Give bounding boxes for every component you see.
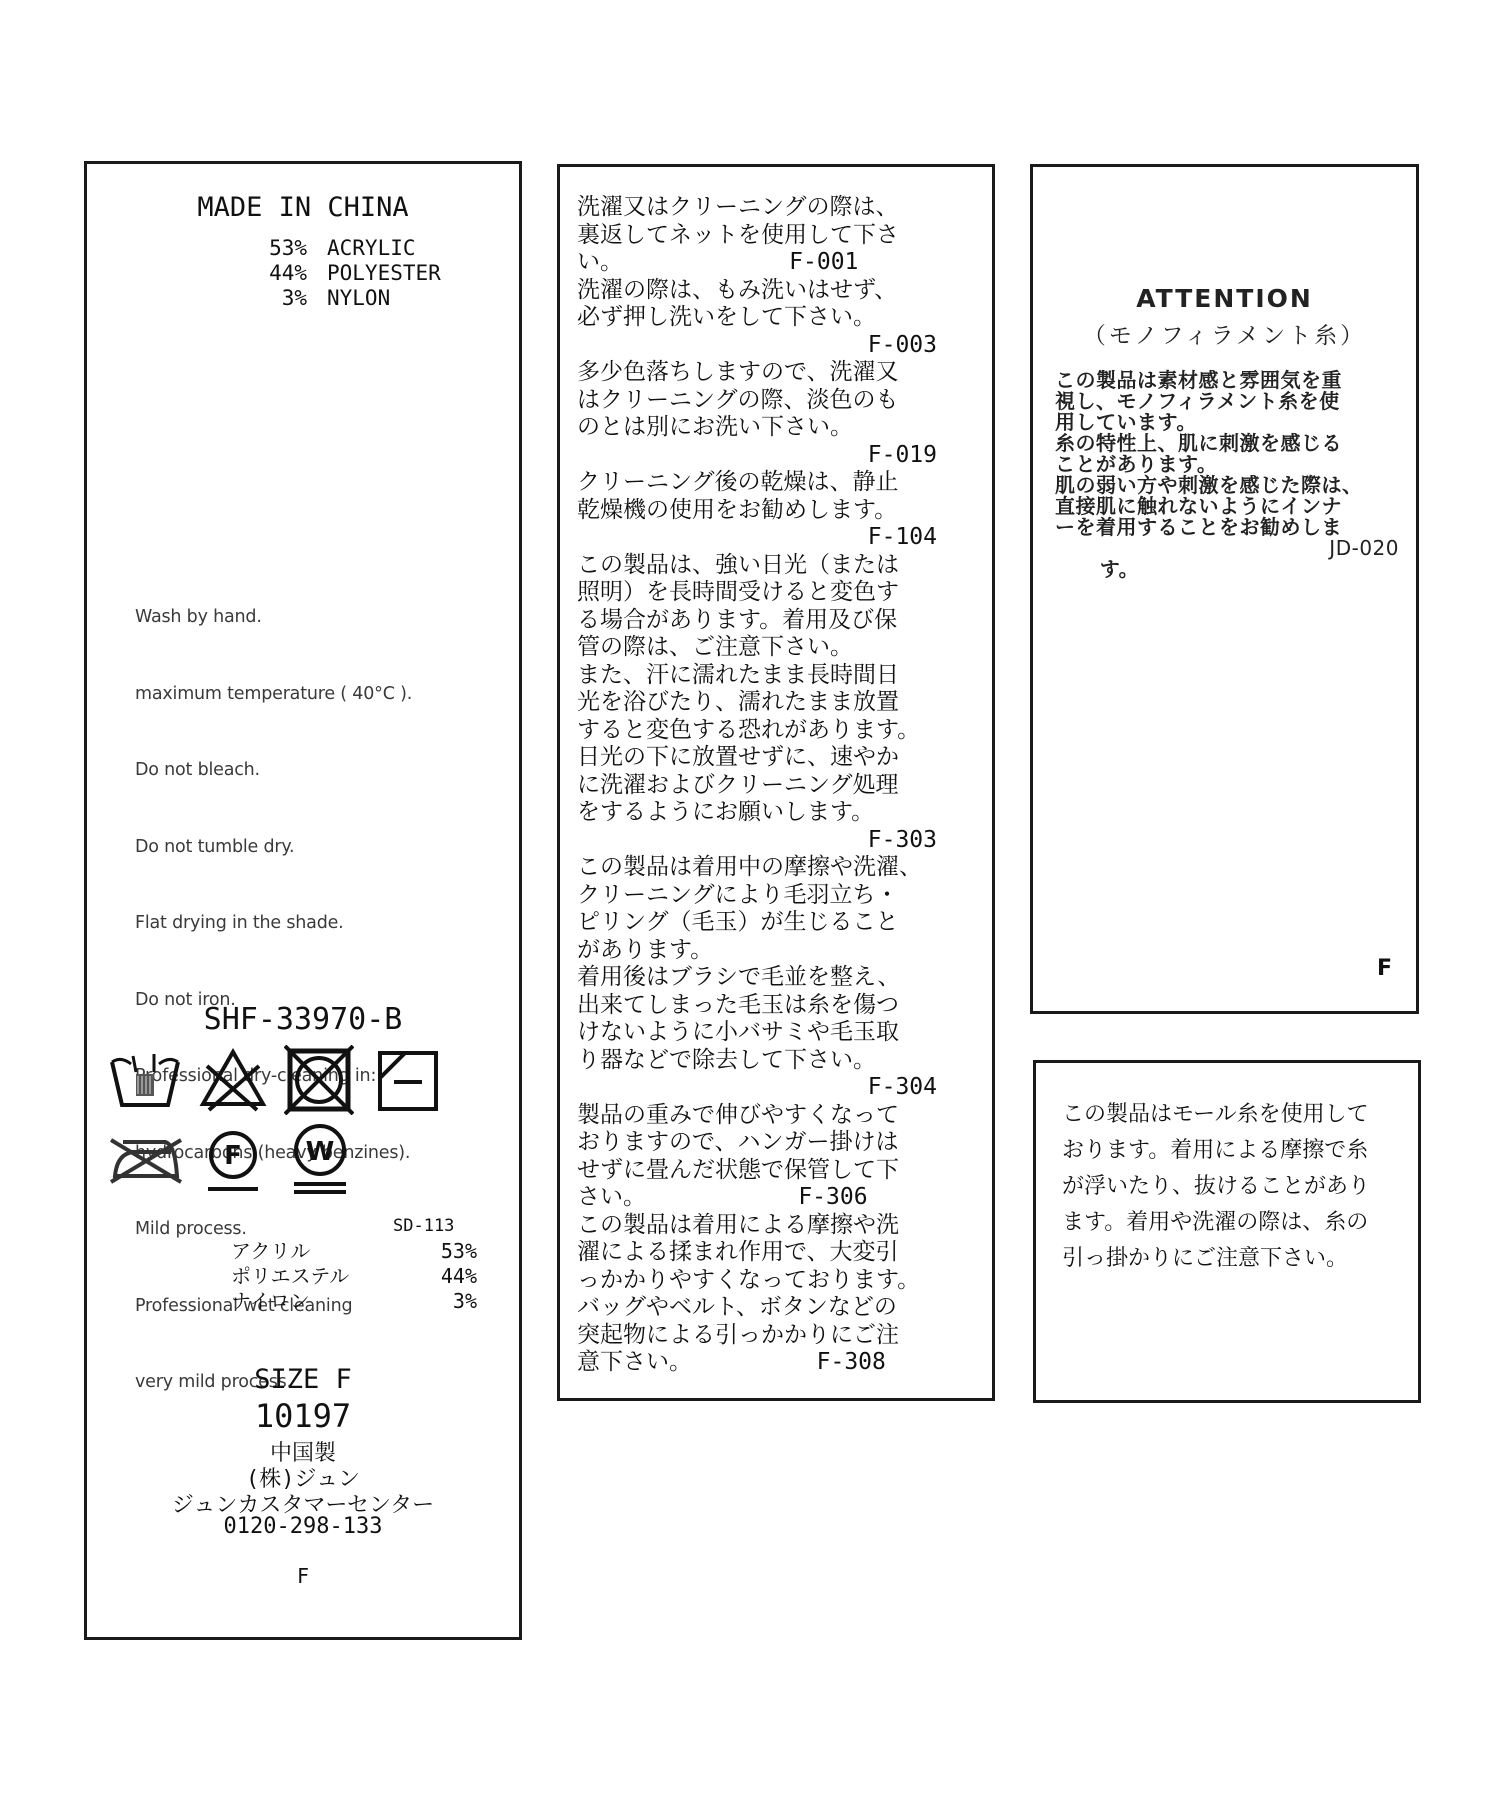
note-line: 洗濯の際は、もみ洗いはせず、 <box>577 277 937 305</box>
note-line: クリーニング後の乾燥は、静止 <box>577 469 937 497</box>
attention-label-chenille: この製品はモール糸を使用して おります。着用による摩擦で糸 が浮いたり、抜けるこ… <box>1033 1060 1421 1403</box>
chenille-line: おります。着用による摩擦で糸 <box>1062 1133 1370 1169</box>
note-line: 日光の下に放置せずに、速やか <box>577 744 937 772</box>
composition-material-jp: ポリエステル <box>231 1264 349 1289</box>
attention-line-text: す。 <box>1100 557 1139 581</box>
attention-subtitle: （モノフィラメント糸） <box>1033 317 1416 350</box>
flat-dry-shade-icon <box>377 1050 439 1112</box>
note-line: 多少色落ちしますので、洗濯又 <box>577 359 937 387</box>
note-line: り器などで除去して下さい。 <box>577 1047 937 1075</box>
care-label-notes: 洗濯又はクリーニングの際は、 裏返してネットを使用して下さ い。 F-001 洗… <box>557 164 995 1401</box>
note-line: せずに畳んだ状態で保管して下 <box>577 1157 937 1185</box>
note-line: おりますので、ハンガー掛けは <box>577 1129 937 1157</box>
attention-line: 直接肌に触れないようにインナ <box>1055 496 1407 517</box>
note-code: F-304 <box>577 1074 937 1102</box>
composition-percent: 53% <box>237 236 307 261</box>
note-line: すると変色する恐れがあります。 <box>577 717 937 745</box>
note-line: 裏返してネットを使用して下さ <box>577 222 937 250</box>
note-code: F-104 <box>577 524 937 552</box>
attention-line: す。 JD-020 <box>1055 538 1407 559</box>
composition-material-jp: アクリル <box>231 1239 310 1264</box>
care-line: Wash by hand. <box>135 605 412 631</box>
note-line: に洗濯およびクリーニング処理 <box>577 772 937 800</box>
attention-footer: F <box>1377 956 1392 981</box>
wet-clean-w-icon: W <box>291 1122 349 1198</box>
note-line: この製品は、強い日光（または <box>577 552 937 580</box>
no-bleach-icon <box>197 1048 269 1112</box>
composition-percent: 44% <box>237 261 307 286</box>
chenille-line: が浮いたり、抜けることがあり <box>1062 1169 1370 1205</box>
care-line: maximum temperature ( 40°C ). <box>135 682 412 708</box>
composition-percent-jp: 53% <box>387 1239 477 1264</box>
svg-text:F: F <box>224 1141 242 1171</box>
chenille-line: この製品はモール糸を使用して <box>1062 1097 1370 1133</box>
composition-material: ACRYLIC <box>327 236 416 261</box>
care-line: Flat drying in the shade. <box>135 911 412 937</box>
dry-clean-f-icon: F <box>205 1129 261 1195</box>
attention-code: JD-020 <box>1329 538 1399 559</box>
attention-line: 用しています。 <box>1055 412 1407 433</box>
note-line: 光を浴びたり、濡れたまま放置 <box>577 689 937 717</box>
attention-line: ことがあります。 <box>1055 454 1407 475</box>
composition-percent: 3% <box>237 286 307 311</box>
note-line: 着用後はブラシで毛並を整え、 <box>577 964 937 992</box>
note-line: 濯による揉まれ作用で、大変引 <box>577 1239 937 1267</box>
label-code: SD-113 <box>393 1216 454 1236</box>
attention-line: 肌の弱い方や刺激を感じた際は、 <box>1055 475 1407 496</box>
composition-material: NYLON <box>327 286 390 311</box>
note-line: 洗濯又はクリーニングの際は、 <box>577 194 937 222</box>
note-line: っかかりやすくなっております。 <box>577 1267 937 1295</box>
note-line: い。 F-001 <box>577 249 937 277</box>
attention-title: ATTENTION <box>1033 284 1416 313</box>
composition-material: POLYESTER <box>327 261 441 286</box>
notes-text: 洗濯又はクリーニングの際は、 裏返してネットを使用して下さ い。 F-001 洗… <box>577 194 937 1377</box>
origin-text: MADE IN CHINA <box>87 192 519 223</box>
note-line: 照明）を長時間受けると変色す <box>577 579 937 607</box>
attention-line: ーを着用することをお勧めしま <box>1055 517 1407 538</box>
note-line: また、汗に濡れたまま長時間日 <box>577 662 937 690</box>
attention-line: 糸の特性上、肌に刺激を感じる <box>1055 433 1407 454</box>
composition-material-jp: ナイロン <box>231 1289 310 1314</box>
note-line: ピリング（毛玉）が生じること <box>577 909 937 937</box>
care-label-main: MADE IN CHINA 53% ACRYLIC 44% POLYESTER … <box>84 161 522 1640</box>
attention-text: この製品は素材感と雰囲気を重 視し、モノフィラメント糸を使 用しています。 糸の… <box>1055 370 1407 559</box>
care-line: Do not bleach. <box>135 758 412 784</box>
style-number: SHF-33970-B <box>87 1002 519 1037</box>
note-code: F-019 <box>577 442 937 470</box>
note-line: 突起物による引っかかりにご注 <box>577 1322 937 1350</box>
no-iron-icon <box>109 1136 183 1184</box>
note-line: のとは別にお洗い下さい。 <box>577 414 937 442</box>
no-tumble-dry-icon <box>284 1045 354 1115</box>
note-line: クリーニングにより毛羽立ち・ <box>577 882 937 910</box>
note-line: この製品は着用中の摩擦や洗濯、 <box>577 854 937 882</box>
note-line: 管の際は、ご注意下さい。 <box>577 634 937 662</box>
chenille-line: 引っ掛かりにご注意下さい。 <box>1062 1241 1370 1277</box>
note-line: る場合があります。着用及び保 <box>577 607 937 635</box>
note-line: 乾燥機の使用をお勧めします。 <box>577 497 937 525</box>
care-line: Do not tumble dry. <box>135 835 412 861</box>
note-line: けないように小バサミや毛玉取 <box>577 1019 937 1047</box>
phone-number: 0120-298-133 <box>87 1514 519 1539</box>
note-code: F-303 <box>577 827 937 855</box>
chenille-line: ます。着用や洗濯の際は、糸の <box>1062 1205 1370 1241</box>
attention-label-monofilament: ATTENTION （モノフィラメント糸） この製品は素材感と雰囲気を重 視し、… <box>1030 164 1419 1014</box>
note-code: F-003 <box>577 332 937 360</box>
size-text: SIZE F <box>87 1364 519 1395</box>
svg-text:W: W <box>306 1137 335 1167</box>
attention-line: 視し、モノフィラメント糸を使 <box>1055 391 1407 412</box>
note-line: はクリーニングの際、淡色のも <box>577 387 937 415</box>
note-line: さい。 F-306 <box>577 1184 937 1212</box>
note-line: 意下さい。 F-308 <box>577 1349 937 1377</box>
label-footer: F <box>87 1564 519 1588</box>
item-number: 10197 <box>87 1397 519 1435</box>
attention-line: この製品は素材感と雰囲気を重 <box>1055 370 1407 391</box>
note-line: 必ず押し洗いをして下さい。 <box>577 304 937 332</box>
note-line: 製品の重みで伸びやすくなって <box>577 1102 937 1130</box>
note-line: バッグやベルト、ボタンなどの <box>577 1294 937 1322</box>
note-line: があります。 <box>577 937 937 965</box>
note-line: この製品は着用による摩擦や洗 <box>577 1212 937 1240</box>
chenille-text: この製品はモール糸を使用して おります。着用による摩擦で糸 が浮いたり、抜けるこ… <box>1062 1097 1370 1277</box>
note-line: 出来てしまった毛玉は糸を傷つ <box>577 992 937 1020</box>
composition-percent-jp: 3% <box>387 1289 477 1314</box>
note-line: をするようにお願いします。 <box>577 799 937 827</box>
hand-wash-40-icon <box>109 1050 181 1112</box>
composition-percent-jp: 44% <box>387 1264 477 1289</box>
